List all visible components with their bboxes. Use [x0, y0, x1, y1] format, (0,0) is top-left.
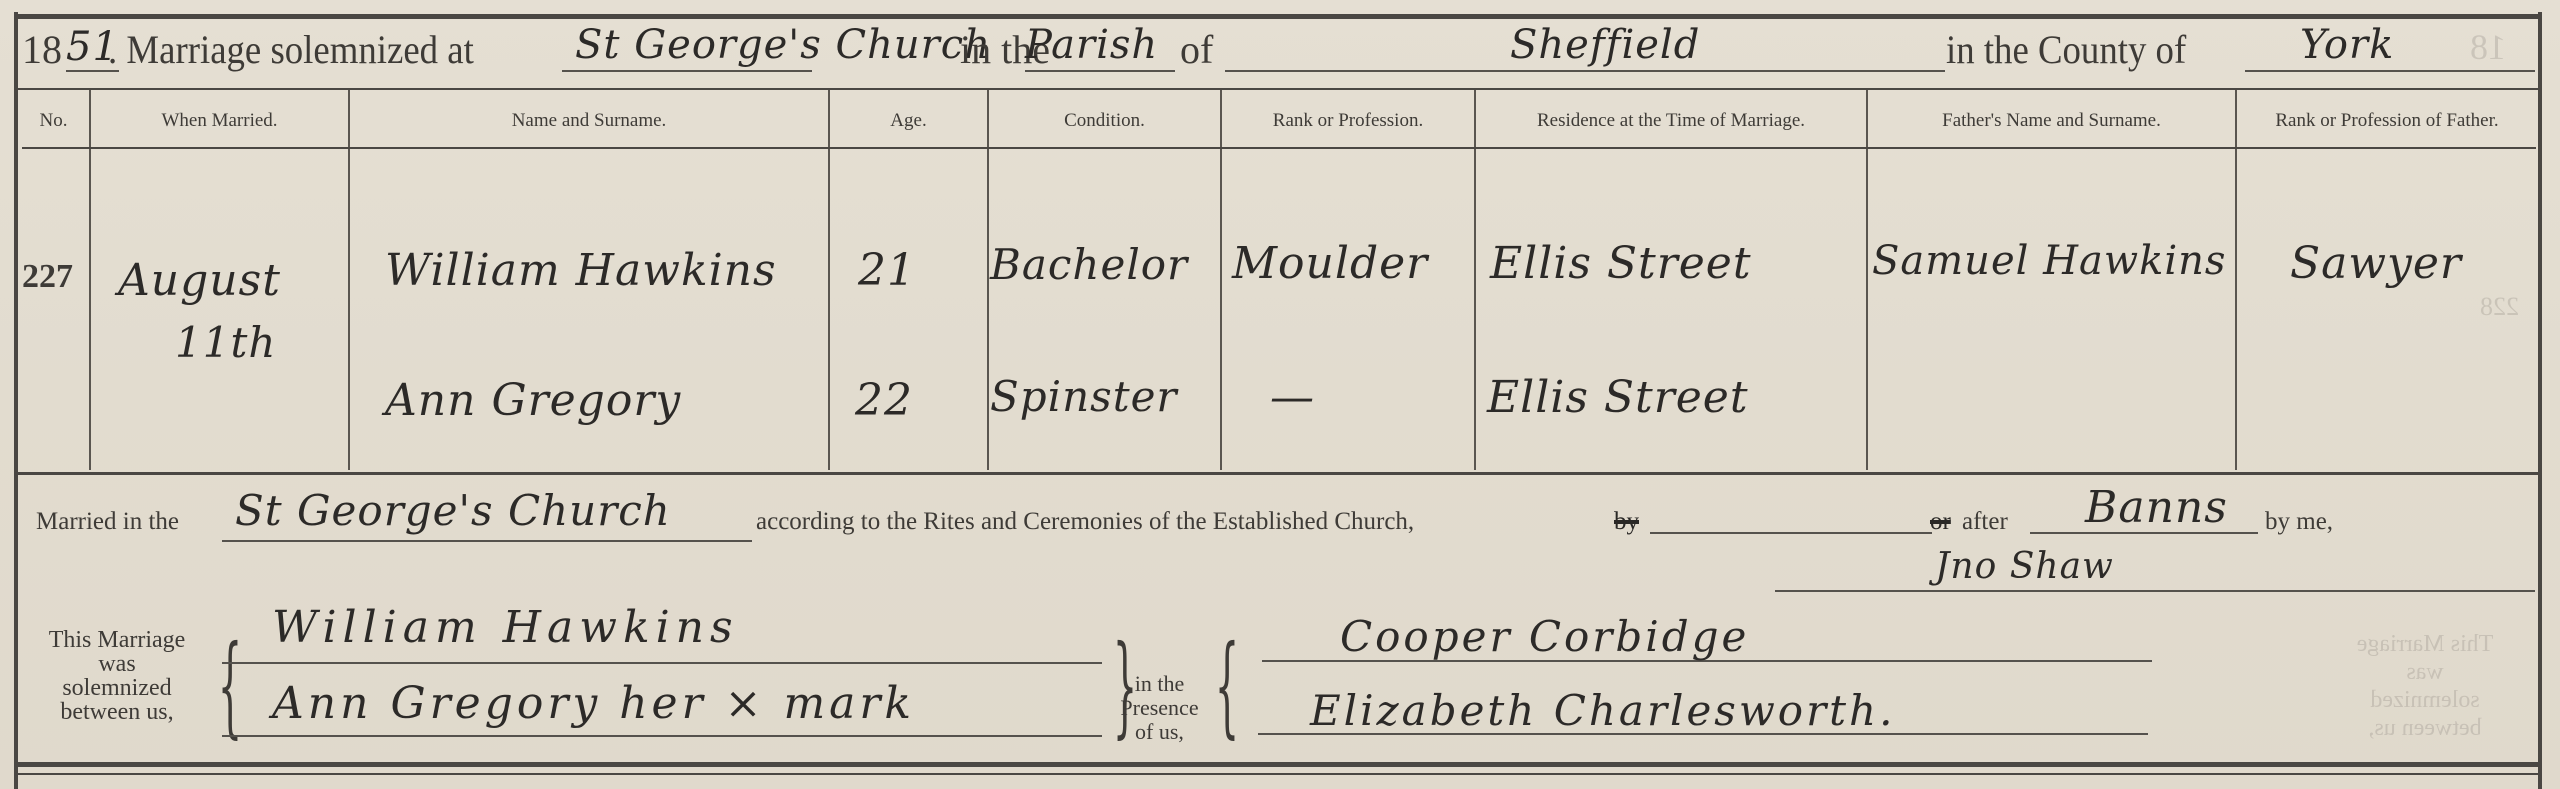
party-1-fill-line	[222, 662, 1102, 664]
presence-line-2: Presence	[1112, 696, 1207, 720]
col-header-father-rank: Rank or Profession of Father.	[2237, 95, 2537, 145]
by-me-label: by me,	[2265, 508, 2333, 536]
party-2-signature: Ann Gregory her × mark	[272, 678, 915, 729]
church-fill-line	[562, 70, 812, 72]
col-header-residence: Residence at the Time of Marriage.	[1476, 95, 1866, 145]
banns: Banns	[2085, 482, 2228, 533]
rites-text: according to the Rites and Ceremonies of…	[756, 508, 1414, 536]
bride-condition: Spinster	[990, 372, 1178, 421]
title-year-prefix: 18	[22, 26, 62, 73]
title-district-type: Parish	[1025, 22, 1158, 68]
col-header-condition: Condition.	[989, 95, 1220, 145]
title-county: York	[2300, 22, 2394, 68]
left-brace: {	[218, 630, 243, 740]
officiant-signature: Jno Shaw	[1935, 546, 2114, 587]
bride-age: 22	[855, 375, 913, 426]
witness-1-signature: Cooper Corbidge	[1340, 612, 1749, 661]
this-marriage-line-3: solemnized	[22, 676, 212, 700]
ceremony-church: St George's Church	[235, 486, 671, 535]
title-of: of	[1180, 26, 1213, 73]
top-border	[14, 14, 2542, 19]
groom-father-profession: Sawyer	[2290, 238, 2462, 289]
middle-brace-open: {	[1215, 630, 1240, 740]
entry-month: August	[118, 255, 281, 306]
groom-residence: Ellis Street	[1490, 238, 1752, 289]
ceremony-church-fill-line	[222, 540, 752, 542]
bride-residence: Ellis Street	[1487, 372, 1749, 423]
this-marriage-label: This Marriage was solemnized between us,	[22, 628, 212, 724]
title-underline	[18, 88, 2538, 90]
place-fill-line	[1225, 70, 1945, 72]
witness-2-signature: Elizabeth Charlesworth.	[1310, 686, 1895, 735]
party-2-fill-line	[222, 735, 1102, 737]
licence-fill-line	[1650, 532, 1932, 534]
struck-or: or	[1930, 508, 1951, 536]
groom-age: 21	[858, 245, 916, 296]
bottom-rule-thin	[18, 773, 2538, 775]
this-marriage-line-2: was	[22, 652, 212, 676]
groom-condition: Bachelor	[990, 240, 1188, 289]
show-through-label: This Marriagewassolemnizedbetween us,	[2350, 630, 2500, 742]
show-through-year: 18	[2470, 26, 2506, 68]
groom-profession: Moulder	[1232, 238, 1428, 289]
officiant-fill-line	[1775, 590, 2535, 592]
party-1-signature: William Hawkins	[272, 602, 739, 653]
after-label: after	[1962, 508, 2008, 536]
col-header-age: Age.	[830, 95, 987, 145]
col-header-rank: Rank or Profession.	[1222, 95, 1474, 145]
col-header-father-name: Father's Name and Surname.	[1868, 95, 2235, 145]
entry-number: 227	[22, 258, 73, 296]
bride-profession: —	[1270, 372, 1315, 423]
title-place: Sheffield	[1510, 22, 1700, 68]
bride-name: Ann Gregory	[385, 375, 681, 426]
col-header-no: No.	[18, 95, 89, 145]
marriage-register-page: 18 51 . Marriage solemnized at St George…	[0, 0, 2560, 789]
presence-line-1: in the	[1112, 672, 1207, 696]
title-text: . Marriage solemnized at	[108, 26, 474, 73]
show-through-number: 228	[2480, 292, 2519, 322]
parish-fill-line	[1025, 70, 1175, 72]
struck-by: by	[1614, 508, 1639, 536]
groom-father-name: Samuel Hawkins	[1872, 238, 2226, 284]
presence-label: in the Presence of us,	[1112, 672, 1207, 744]
bottom-rule-thick	[18, 762, 2538, 767]
header-underline	[22, 147, 2536, 149]
groom-name: William Hawkins	[385, 245, 777, 296]
county-fill-line	[2245, 70, 2535, 72]
right-border	[2538, 12, 2542, 789]
title-county-label: in the County of	[1946, 26, 2186, 73]
presence-line-3: of us,	[1112, 720, 1207, 744]
entry-day: 11th	[175, 318, 276, 367]
married-in-label: Married in the	[36, 508, 179, 536]
title-church: St George's Church	[575, 22, 991, 68]
entry-bottom-rule	[18, 472, 2538, 475]
col-header-name: Name and Surname.	[350, 95, 828, 145]
col-header-when-married: When Married.	[91, 95, 348, 145]
this-marriage-line-4: between us,	[22, 700, 212, 724]
this-marriage-line-1: This Marriage	[22, 628, 212, 652]
